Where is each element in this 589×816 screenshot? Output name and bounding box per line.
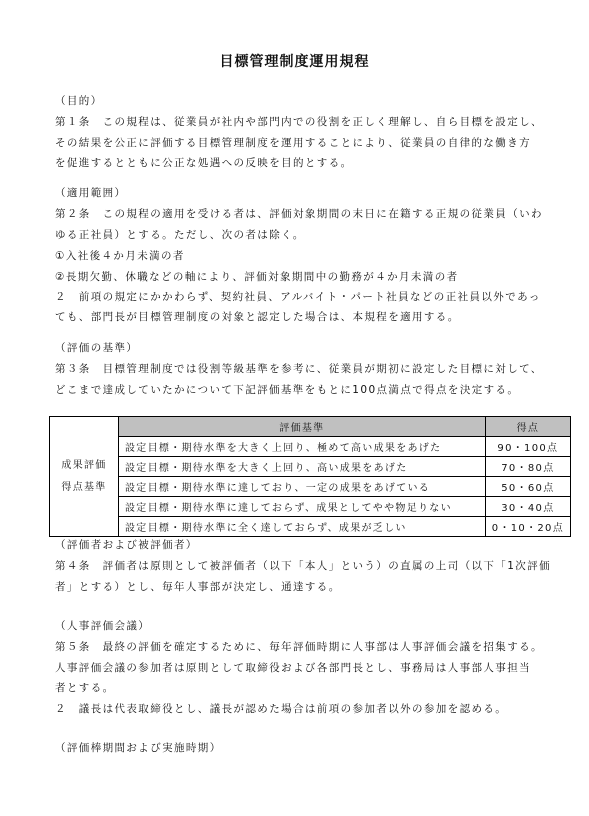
article-1-line-1: 第１条 この規程は、従業員が社内や部門内での役割を正しく理解し、自ら目標を設定し… bbox=[55, 115, 543, 129]
article-4-line-1: 第４条 評価者は原則として被評価者（以下「本人」という）の直属の上司（以下「1次… bbox=[55, 559, 551, 573]
section-heading-period: （評価棒期間および実施時期） bbox=[55, 741, 222, 755]
table-header-row: 成果評価 得点基準 評価基準 得点 bbox=[50, 417, 571, 437]
section-heading-evaluators: （評価者および被評価者） bbox=[55, 538, 198, 552]
article-5-line-1: 第５条 最終の評価を確定するために、毎年評価時期に人事部は人事評価会議を招集する… bbox=[55, 640, 543, 654]
document-title: 目標管理制度運用規程 bbox=[0, 51, 589, 71]
article-3-line-2: どこまで達成していたかについて下記評価基準をもとに100点満点で得点を決定する。 bbox=[55, 383, 519, 397]
table-row: 設定目標・期待水準を大きく上回り、高い成果をあげた 70・80点 bbox=[50, 457, 571, 477]
row-label-line-2: 得点基準 bbox=[61, 482, 106, 493]
section-heading-purpose: （目的） bbox=[55, 94, 103, 108]
table-row-label: 成果評価 得点基準 bbox=[50, 417, 119, 537]
article-4-line-2: 者」とする）とし、毎年人事部が決定し、通達する。 bbox=[55, 580, 341, 594]
article-2-line-6: ても、部門長が目標管理制度の対象と認定した場合は、本規程を適用する。 bbox=[55, 310, 460, 324]
article-1-line-2: その結果を公正に評価する目標管理制度を運用することにより、従業員の自律的な働き方 bbox=[55, 136, 531, 150]
table-row: 設定目標・期待水準に達しておらず、成果としてやや物足りない 30・40点 bbox=[50, 497, 571, 517]
criteria-cell: 設定目標・期待水準に全く達しておらず、成果が乏しい bbox=[119, 517, 486, 537]
article-5-line-4: ２ 議長は代表取締役とし、議長が認めた場合は前項の参加者以外の参加を認める。 bbox=[55, 702, 507, 716]
score-cell: 0・10・20点 bbox=[485, 517, 570, 537]
score-cell: 70・80点 bbox=[485, 457, 570, 477]
article-2-line-3: ①入社後４か月未満の者 bbox=[55, 249, 185, 263]
evaluation-criteria-table: 成果評価 得点基準 評価基準 得点 設定目標・期待水準を大きく上回り、極めて高い… bbox=[49, 416, 571, 537]
section-heading-criteria: （評価の基準） bbox=[55, 341, 138, 355]
header-criteria: 評価基準 bbox=[119, 417, 486, 437]
table-row: 設定目標・期待水準に全く達しておらず、成果が乏しい 0・10・20点 bbox=[50, 517, 571, 537]
criteria-cell: 設定目標・期待水準に達しておらず、成果としてやや物足りない bbox=[119, 497, 486, 517]
criteria-cell: 設定目標・期待水準を大きく上回り、極めて高い成果をあげた bbox=[119, 437, 486, 457]
table-row: 設定目標・期待水準を大きく上回り、極めて高い成果をあげた 90・100点 bbox=[50, 437, 571, 457]
table-row: 設定目標・期待水準に達しており、一定の成果をあげている 50・60点 bbox=[50, 477, 571, 497]
article-1-line-3: を促進するとともに公正な処遇への反映を目的とする。 bbox=[55, 156, 353, 170]
article-2-line-1: 第２条 この規程の適用を受ける者は、評価対象期間の末日に在籍する正規の従業員（い… bbox=[55, 207, 543, 221]
section-heading-hr-council: （人事評価会議） bbox=[55, 619, 150, 633]
header-score: 得点 bbox=[485, 417, 570, 437]
article-5-line-2: 人事評価会議の参加者は原則として取締役および各部門長とし、事務局は人事部人事担当 bbox=[55, 661, 531, 675]
article-2-line-5: ２ 前項の規定にかかわらず、契約社員、アルバイト・パート社員などの正社員以外であ… bbox=[55, 290, 541, 304]
row-label-line-1: 成果評価 bbox=[61, 460, 106, 471]
score-cell: 90・100点 bbox=[485, 437, 570, 457]
criteria-cell: 設定目標・期待水準に達しており、一定の成果をあげている bbox=[119, 477, 486, 497]
article-2-line-4: ②長期欠勤、休職などの軸により、評価対象期間中の勤務が４か月未満の者 bbox=[55, 270, 459, 284]
article-5-line-3: 者とする。 bbox=[55, 681, 115, 695]
score-cell: 30・40点 bbox=[485, 497, 570, 517]
section-heading-scope: （適用範囲） bbox=[55, 186, 126, 200]
criteria-cell: 設定目標・期待水準を大きく上回り、高い成果をあげた bbox=[119, 457, 486, 477]
article-3-line-1: 第３条 目標管理制度では役割等級基準を参考に、従業員が期初に設定した目標に対して… bbox=[55, 362, 543, 376]
article-2-line-2: ゆる正社員）とする。ただし、次の者は除く。 bbox=[55, 228, 305, 242]
score-cell: 50・60点 bbox=[485, 477, 570, 497]
